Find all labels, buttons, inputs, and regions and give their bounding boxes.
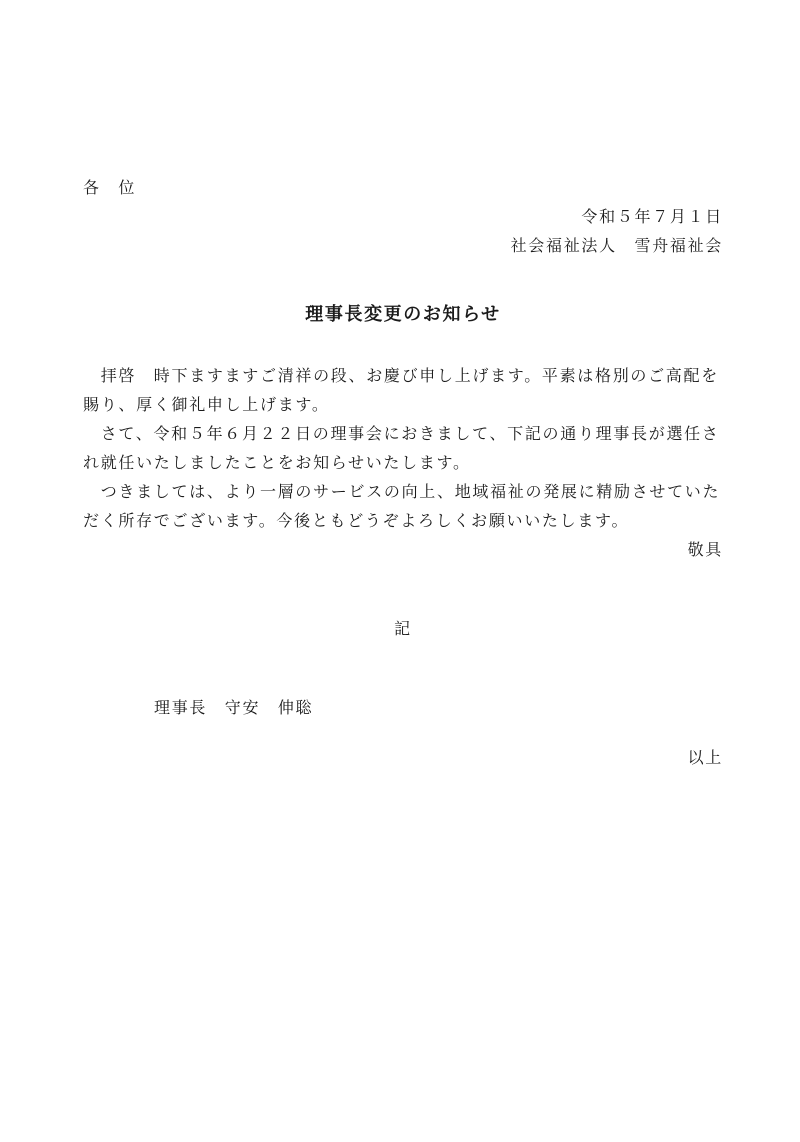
paragraph-request: つきましては、より一層のサービスの向上、地域福祉の発展に精励させていただく所存で… [83,478,723,536]
letter-body: 拝啓 時下ますますご清祥の段、お慶び申し上げます。平素は格別のご高配を賜り、厚く… [83,362,723,536]
document-title: 理事長変更のお知らせ [83,299,723,329]
date-line: 令和５年７月１日 [83,203,723,232]
paragraph-announcement: さて、令和５年６月２２日の理事会におきまして、下記の通り理事長が選任され就任いた… [83,420,723,478]
sender-line: 社会福祉法人 雪舟福祉会 [83,232,723,261]
document-page: 各 位 令和５年７月１日 社会福祉法人 雪舟福祉会 理事長変更のお知らせ 拝啓 … [0,0,800,1142]
record-marker: 記 [83,615,723,644]
letter-content: 各 位 令和５年７月１日 社会福祉法人 雪舟福祉会 理事長変更のお知らせ 拝啓 … [83,174,723,773]
paragraph-greeting: 拝啓 時下ますますご清祥の段、お慶び申し上げます。平素は格別のご高配を賜り、厚く… [83,362,723,420]
appointment-line: 理事長 守安 伸聡 [83,694,723,723]
recipient-line: 各 位 [83,174,723,203]
closing-keigu: 敬具 [83,536,723,565]
end-marker-ijou: 以上 [83,744,723,773]
